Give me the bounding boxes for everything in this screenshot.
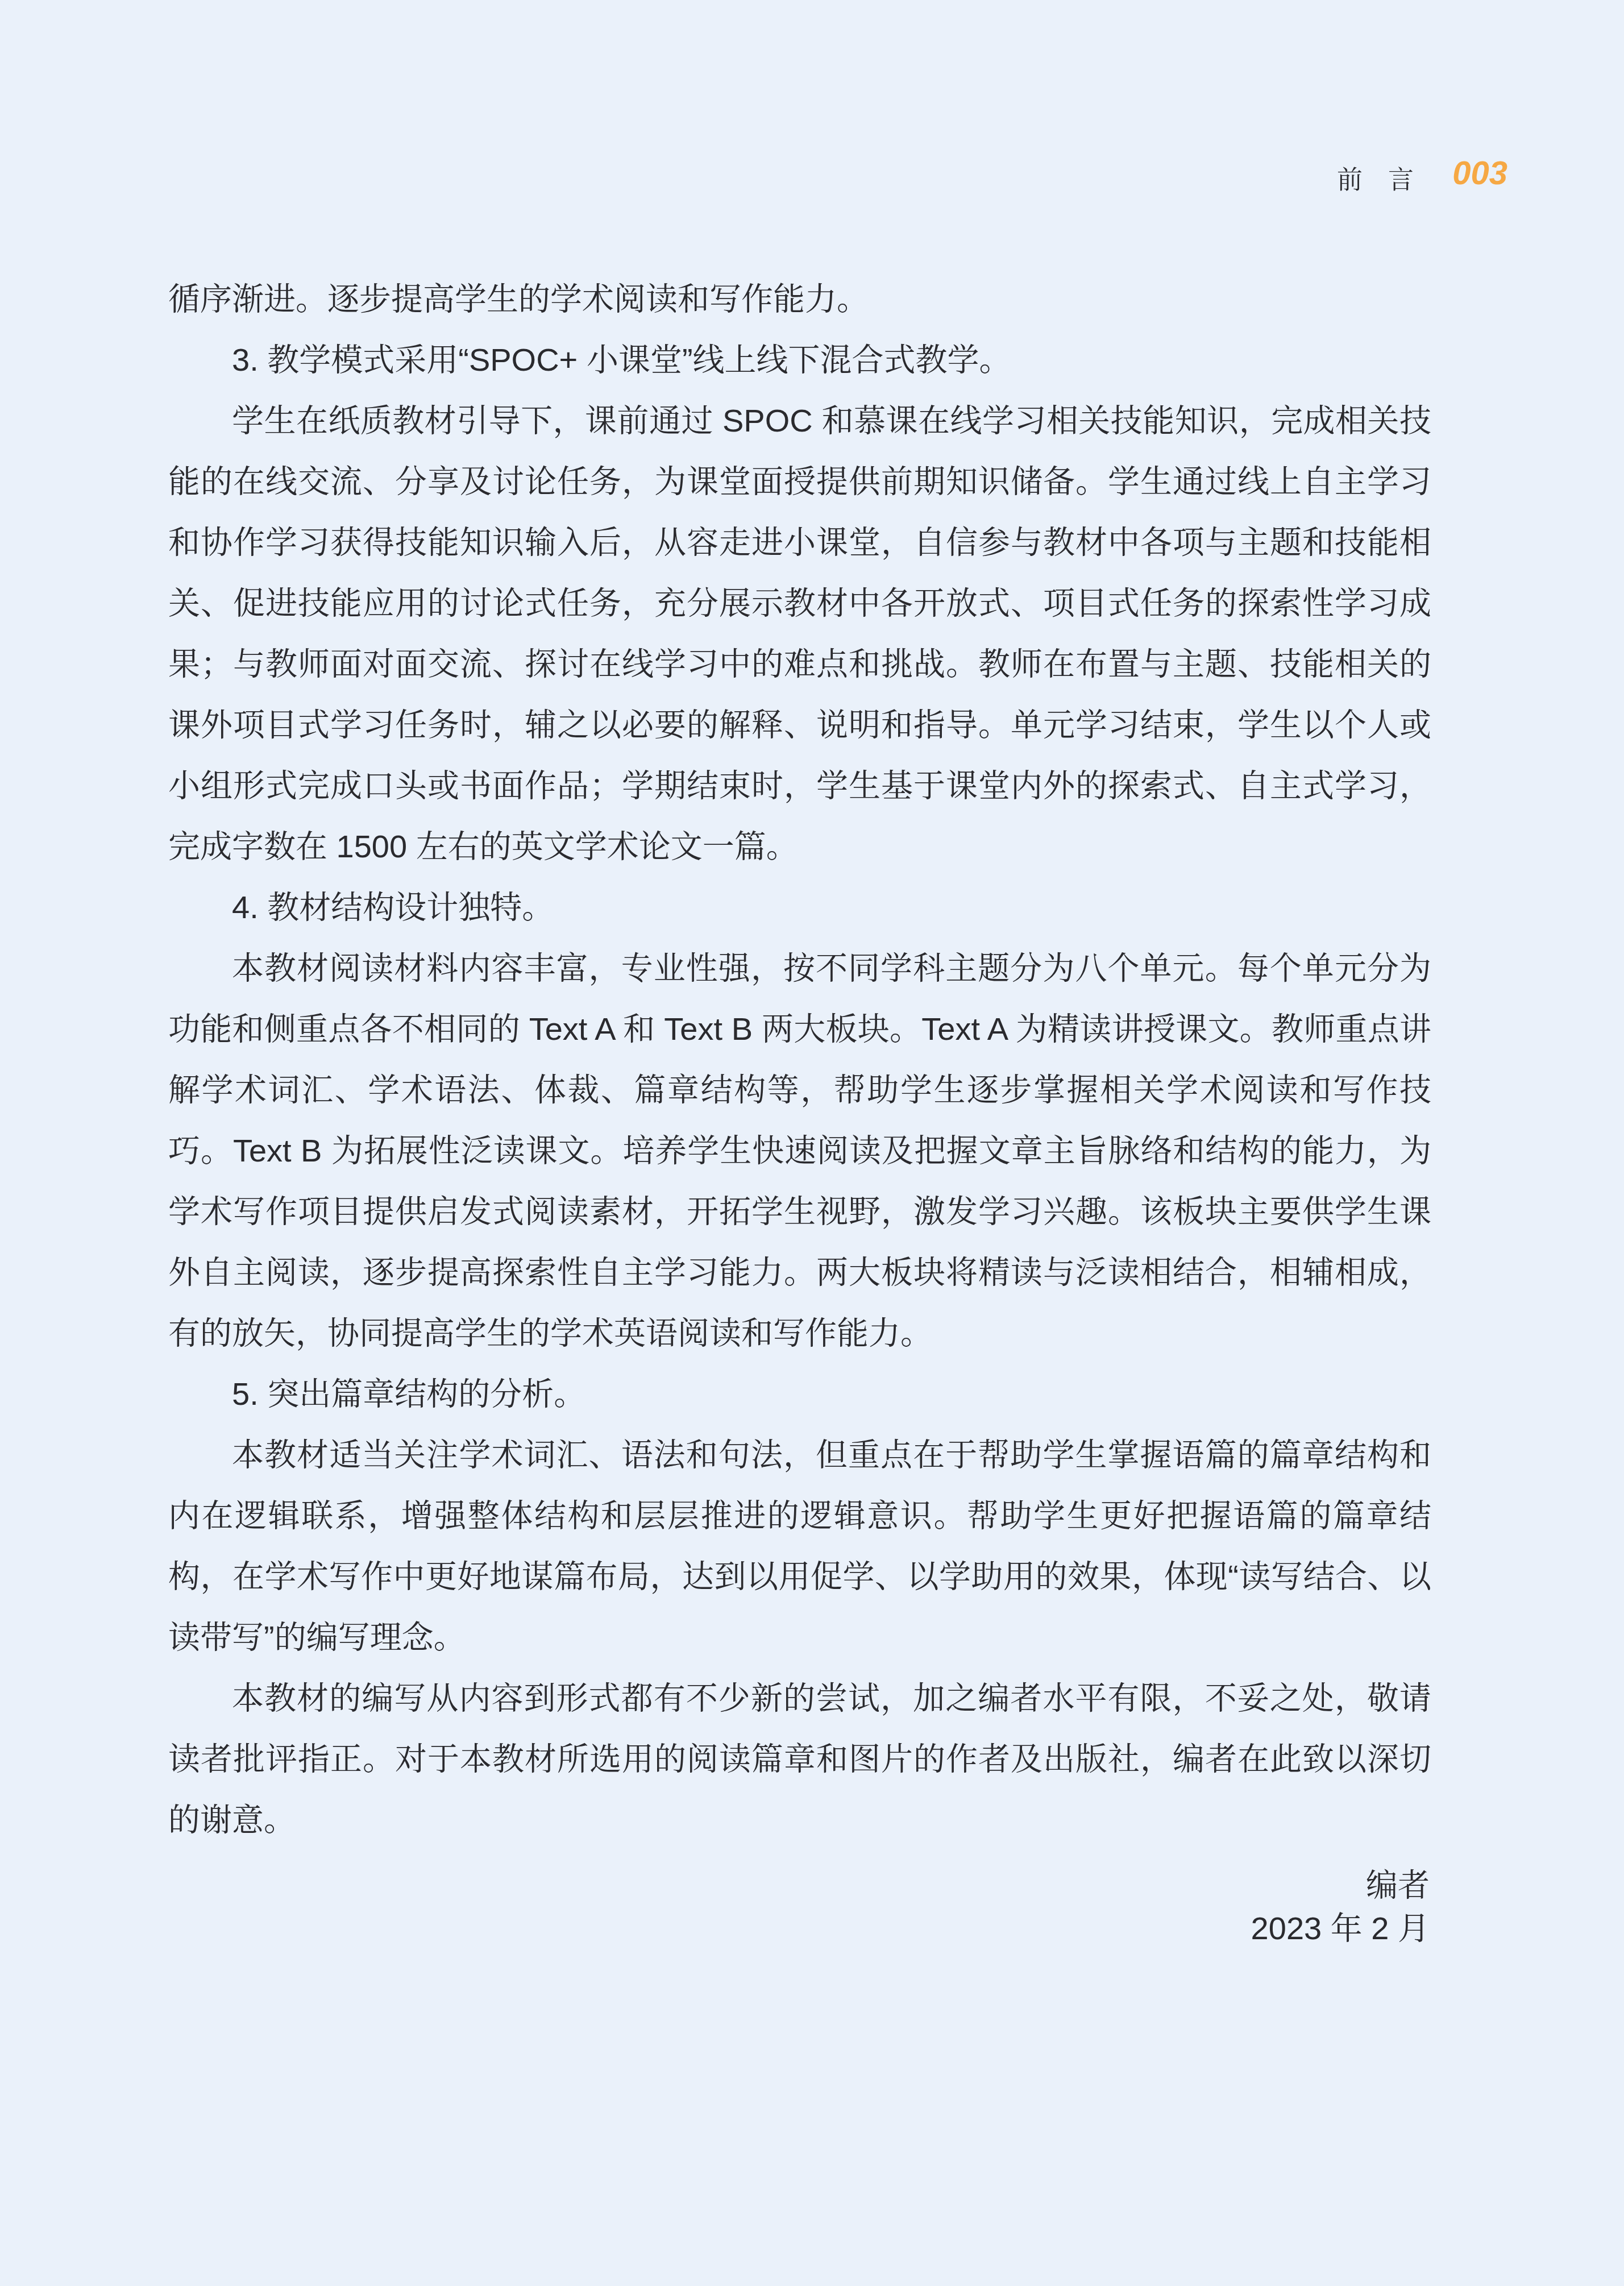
signature-block: 编者 2023 年 2 月 — [1251, 1864, 1430, 1950]
preface-page: 前 言 003 循序渐进。逐步提高学生的学术阅读和写作能力。 3. 教学模式采用… — [0, 0, 1624, 2286]
signature-date: 2023 年 2 月 — [1251, 1907, 1430, 1950]
paragraph: 学生在纸质教材引导下，课前通过 SPOC 和慕课在线学习相关技能知识，完成相关技… — [168, 390, 1431, 877]
paragraph: 本教材阅读材料内容丰富，专业性强，按不同学科主题分为八个单元。每个单元分为功能和… — [168, 937, 1431, 1363]
page-number: 003 — [1452, 157, 1507, 190]
running-head: 前 言 — [1337, 167, 1414, 193]
body-text: 循序渐进。逐步提高学生的学术阅读和写作能力。 3. 教学模式采用“SPOC+ 小… — [168, 268, 1431, 1850]
paragraph: 本教材适当关注学术词汇、语法和句法，但重点在于帮助学生掌握语篇的篇章结构和内在逻… — [168, 1424, 1431, 1667]
signature-author: 编者 — [1251, 1864, 1430, 1907]
paragraph: 本教材的编写从内容到形式都有不少新的尝试，加之编者水平有限，不妥之处，敬请读者批… — [168, 1667, 1431, 1850]
heading-item-4: 4. 教材结构设计独特。 — [168, 877, 1431, 937]
heading-item-3: 3. 教学模式采用“SPOC+ 小课堂”线上线下混合式教学。 — [168, 329, 1431, 390]
paragraph-continuation: 循序渐进。逐步提高学生的学术阅读和写作能力。 — [168, 268, 1431, 329]
heading-item-5: 5. 突出篇章结构的分析。 — [168, 1363, 1431, 1424]
